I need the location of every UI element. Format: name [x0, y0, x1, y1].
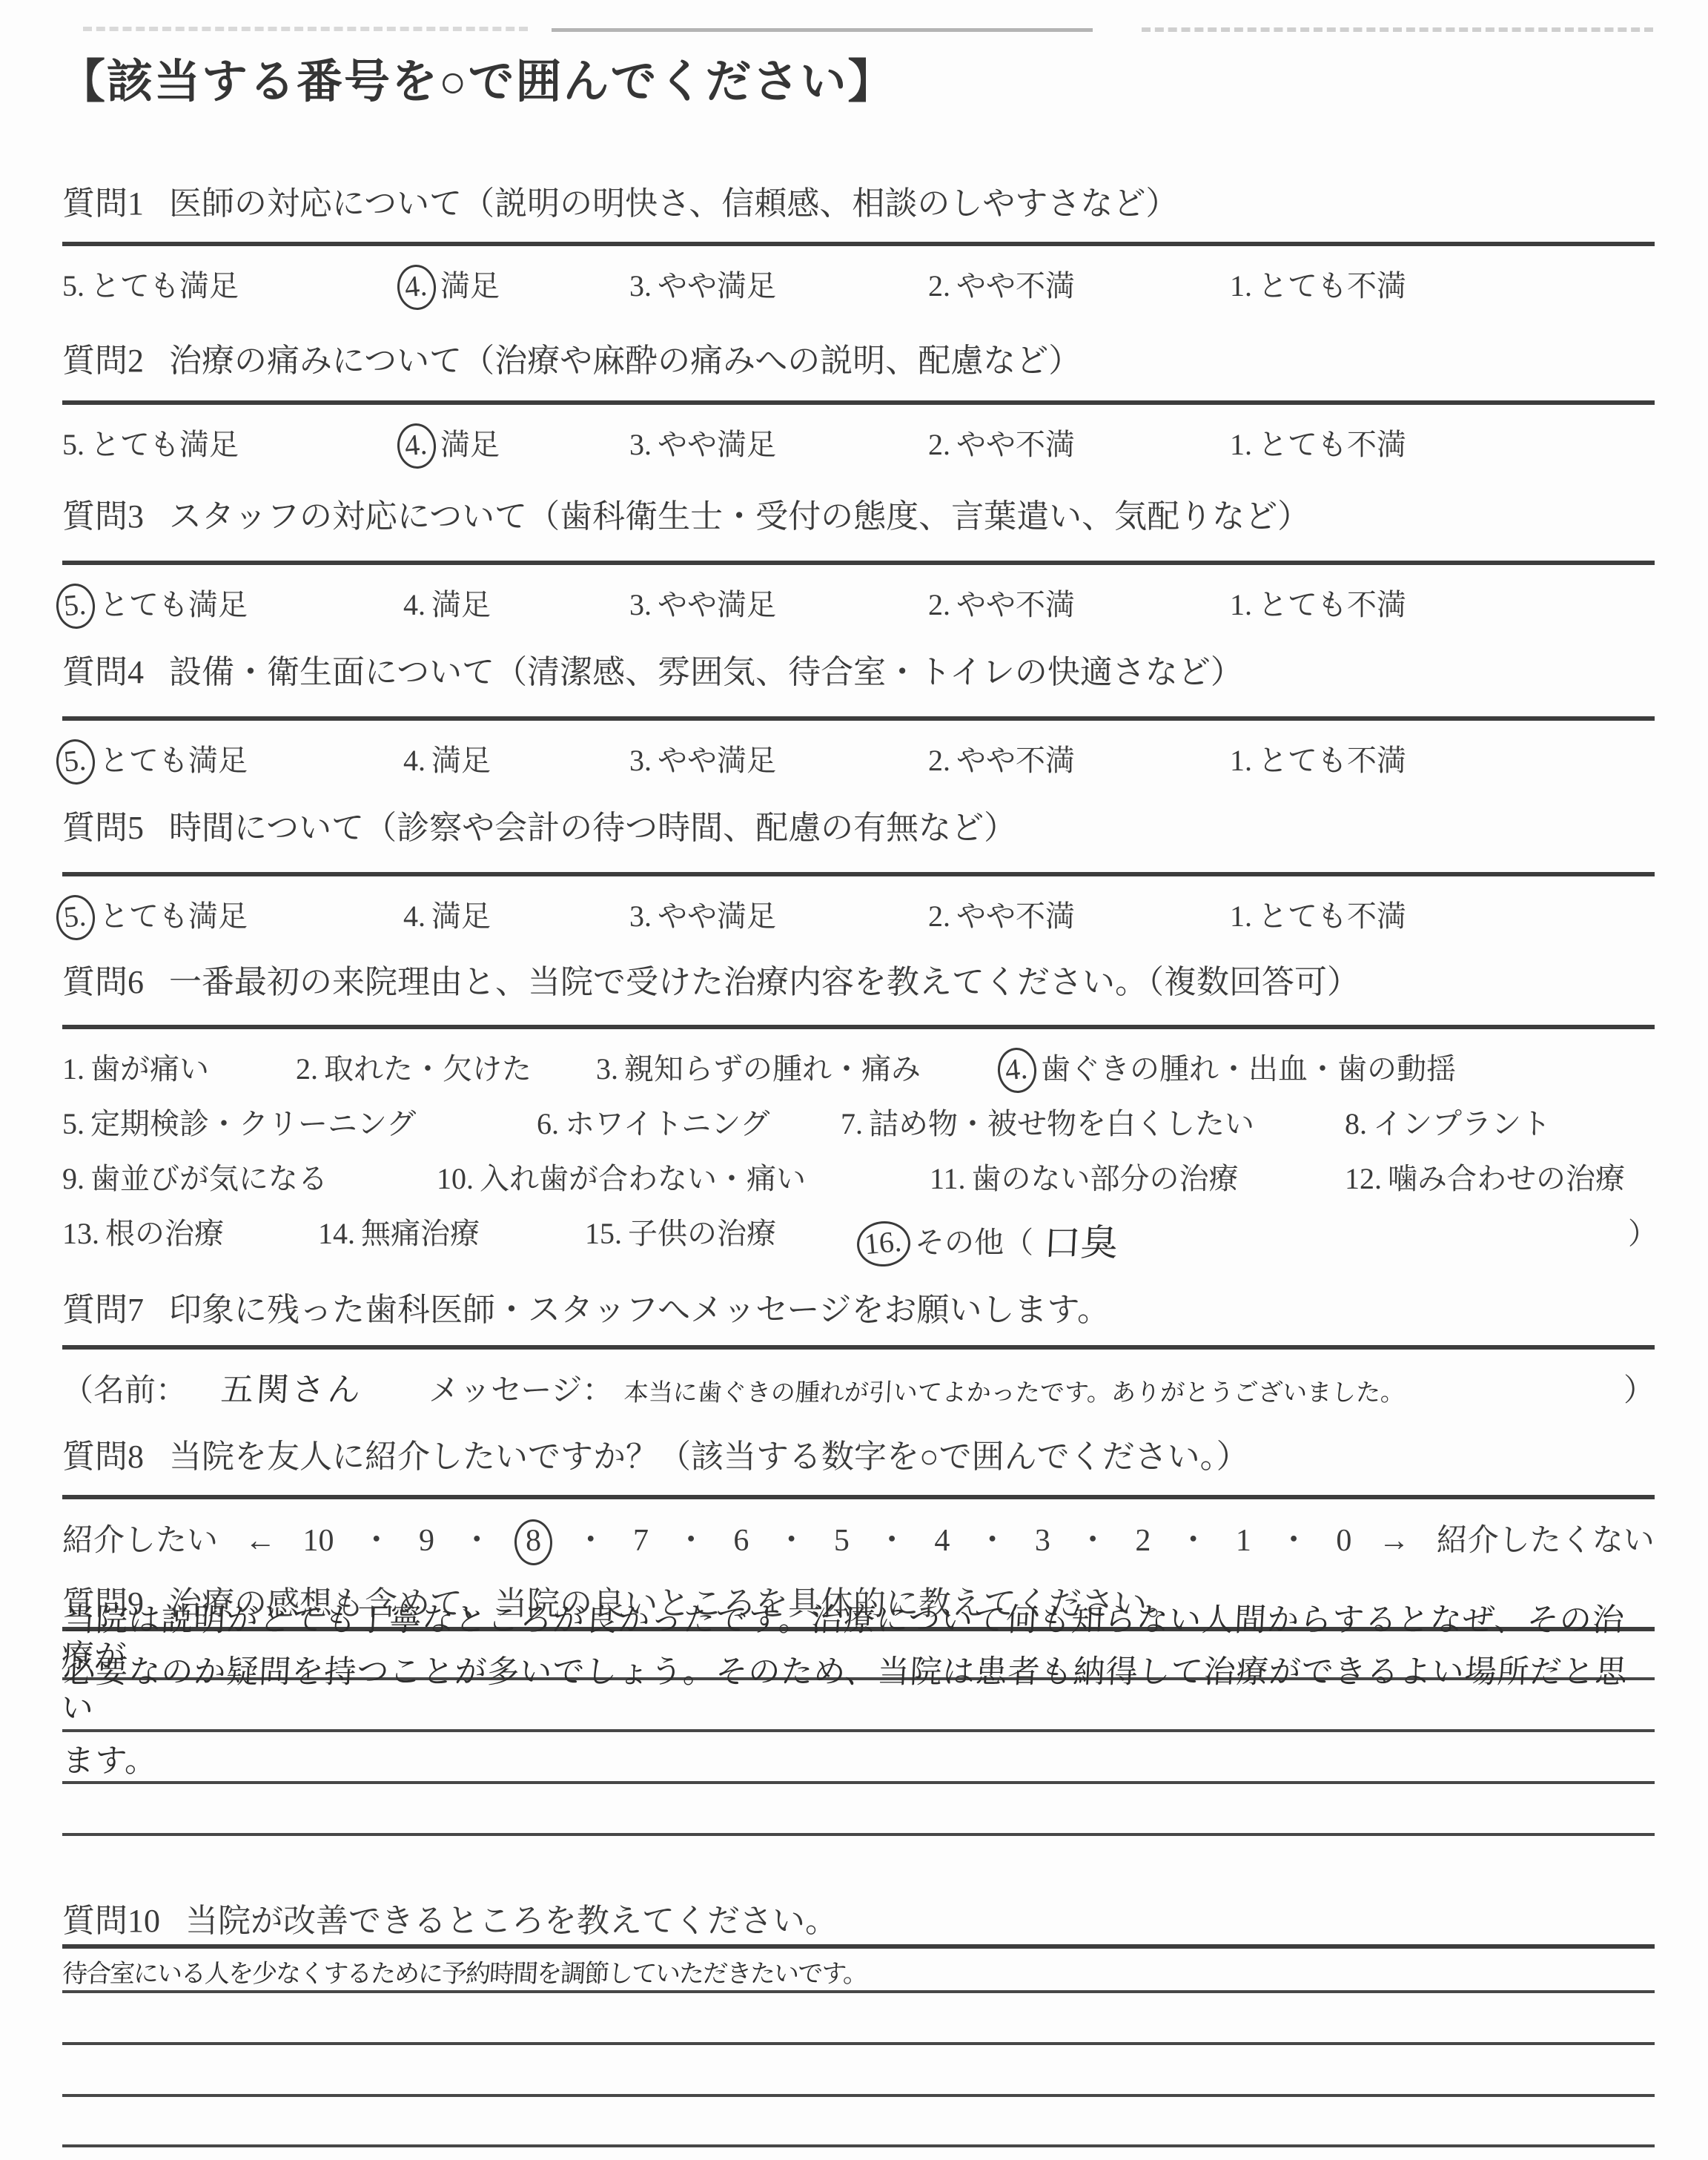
q7-message-label: メッセージ：	[428, 1366, 613, 1410]
handwritten-circle-mark: 5.	[54, 738, 96, 786]
option-label: その他（	[915, 1226, 1033, 1259]
q9-answer-line-3: ます。	[62, 1732, 1655, 1784]
option-number: 3.	[629, 269, 652, 303]
option-label: 取れた・欠けた	[324, 1052, 532, 1086]
option-number: 1.	[1230, 744, 1252, 777]
q3-option-5: 5.とても満足	[62, 581, 248, 626]
question-4-title: 設備・衛生面について（清潔感、雰囲気、待合室・トイレの快適さなど）	[169, 654, 1243, 690]
heading-rule	[62, 561, 1655, 565]
option-label: とても不満	[1258, 899, 1406, 933]
q6-option-8: 8.インプラント	[1345, 1100, 1551, 1143]
option-label: 無痛治療	[361, 1217, 480, 1250]
q6-option-6: 6.ホワイトニング	[537, 1100, 769, 1143]
q6-option-16: 16.その他（口臭	[863, 1210, 1118, 1264]
option-label: ホワイトニング	[565, 1107, 769, 1140]
handwritten-circle-mark: 5.	[54, 894, 96, 942]
scale-left-label: 紹介したい	[62, 1516, 218, 1560]
question-4-label: 質問4	[62, 654, 144, 690]
option-label: やや満足	[658, 269, 776, 303]
option-number: 4.	[403, 899, 426, 933]
option-label: 満足	[431, 899, 491, 933]
option-label: 定期検診・クリーニング	[90, 1107, 416, 1140]
option-number: 2.	[928, 588, 950, 621]
separator-dot: ・	[776, 1516, 807, 1560]
scale-number-9: 9	[419, 1523, 434, 1559]
q4-option-4: 4.満足	[403, 737, 491, 779]
handwritten-circle-mark: 5.	[54, 582, 96, 630]
option-label: とても満足	[99, 899, 248, 933]
option-number: 1.	[1230, 588, 1252, 621]
question-7-answer-row: （名前：五関さんメッセージ：本当に歯ぐきの腫れが引いてよかったです。ありがとうご…	[62, 1363, 1655, 1410]
q10-answer-line-3	[62, 2045, 1655, 2097]
question-8-scale: 紹介したい←10・9・8・7・6・5・4・3・2・1・0→紹介したくない	[62, 1516, 1655, 1562]
option-number: 8.	[1345, 1107, 1367, 1140]
option-label: とても不満	[1258, 428, 1406, 461]
heading-rule	[62, 1495, 1655, 1499]
option-number: 3.	[629, 744, 652, 777]
handwritten-circle-mark: 4.	[996, 1046, 1038, 1094]
option-label: 詰め物・被せ物を白くしたい	[869, 1107, 1254, 1140]
separator-dot: ・	[575, 1516, 606, 1560]
option-number: 2.	[928, 899, 950, 933]
q4-option-2: 2.やや不満	[928, 737, 1075, 779]
q10-answer-line-4	[62, 2097, 1655, 2147]
q3-option-1: 1.とても不満	[1230, 581, 1406, 624]
option-label: 満足	[440, 269, 500, 303]
q1-option-4: 4.満足	[403, 262, 500, 307]
question-8-label: 質問8	[62, 1439, 144, 1475]
separator-dot: ・	[977, 1516, 1008, 1560]
handwritten-answer: ます。	[62, 1743, 159, 1781]
question-4-heading: 質問4設備・衛生面について（清潔感、雰囲気、待合室・トイレの快適さなど）	[62, 645, 1243, 693]
option-number: 3.	[629, 428, 652, 461]
question-6-options-row-4: 13.根の治療14.無痛治療15.子供の治療16.その他（口臭	[62, 1210, 1655, 1274]
heading-rule	[62, 872, 1655, 876]
option-label: 歯並びが気になる	[90, 1162, 328, 1195]
option-label: 満足	[440, 428, 500, 461]
option-number: 12.	[1345, 1162, 1382, 1195]
option-label: 入れ歯が合わない・痛い	[480, 1162, 806, 1195]
q6-option-3: 3.親知らずの腫れ・痛み	[596, 1046, 921, 1088]
scale-number-7: 7	[633, 1523, 649, 1559]
option-label: 子供の治療	[628, 1217, 776, 1250]
handwritten-circle-mark-scale-8: 8	[514, 1519, 553, 1566]
scale-number-3: 3	[1035, 1523, 1050, 1559]
option-label: 満足	[431, 588, 491, 621]
q7-name-label: 名前：	[93, 1366, 187, 1410]
scale-right-label: 紹介したくない	[1437, 1516, 1655, 1560]
left-arrow: ←	[245, 1523, 276, 1559]
q1-option-5: 5.とても満足	[62, 262, 239, 305]
separator-dot: ・	[1178, 1516, 1209, 1560]
q6-close-paren: ）	[1628, 1210, 1658, 1252]
question-8-title: 当院を友人に紹介したいですか？（該当する数字を○で囲んでください。）	[169, 1439, 1249, 1475]
handwritten-circle-mark: 16.	[855, 1219, 912, 1269]
handwritten-circle-mark: 4.	[395, 422, 437, 470]
separator-dot: ・	[876, 1516, 907, 1560]
q6-option-14: 14.無痛治療	[318, 1210, 480, 1252]
option-label: とても不満	[1258, 588, 1406, 621]
option-label: とても満足	[90, 269, 239, 303]
question-3-options: 5.とても満足4.満足3.やや満足2.やや不満1.とても不満	[62, 581, 1655, 645]
option-label: 噛み合わせの治療	[1388, 1162, 1625, 1195]
option-label: やや満足	[658, 588, 776, 621]
q2-option-4: 4.満足	[403, 421, 500, 466]
separator-dot: ・	[461, 1516, 492, 1560]
question-10-heading: 質問10当院が改善できるところを教えてください。	[62, 1894, 838, 1941]
handwritten-answer: 待合室にいる人を少なくするために予約時間を調節していただきたいです。	[62, 1960, 867, 1990]
question-10-label: 質問10	[62, 1903, 160, 1939]
option-number: 5.	[62, 1107, 85, 1140]
option-label: やや満足	[658, 428, 776, 461]
question-1-heading: 質問1医師の対応について（説明の明快さ、信頼感、相談のしやすさなど）	[62, 176, 1178, 224]
heading-rule	[62, 400, 1655, 405]
q7-name-handwritten: 五関さん	[219, 1363, 364, 1410]
q1-option-3: 3.やや満足	[629, 262, 776, 305]
question-5-options: 5.とても満足4.満足3.やや満足2.やや不満1.とても不満	[62, 893, 1655, 957]
q2-option-1: 1.とても不満	[1230, 421, 1406, 463]
heading-rule	[62, 242, 1655, 246]
question-6-heading: 質問6一番最初の来院理由と、当院で受けた治療内容を教えてください。（複数回答可）	[62, 955, 1360, 1003]
question-2-heading: 質問2治療の痛みについて（治療や麻酔の痛みへの説明、配慮など）	[62, 334, 1081, 381]
option-label: 歯が痛い	[90, 1052, 209, 1086]
option-number: 5.	[62, 428, 85, 461]
option-number: 4.	[403, 744, 426, 777]
option-number: 3.	[629, 899, 652, 933]
option-label: とても不満	[1258, 269, 1406, 303]
q2-option-5: 5.とても満足	[62, 421, 239, 463]
q6-option-9: 9.歯並びが気になる	[62, 1155, 328, 1198]
question-3-heading: 質問3スタッフの対応について（歯科衛生士・受付の態度、言葉遣い、気配りなど）	[62, 489, 1310, 537]
q9-answer-line-4	[62, 1784, 1655, 1836]
option-number: 1.	[1230, 269, 1252, 303]
question-6-label: 質問6	[62, 964, 144, 1000]
option-label: インプラント	[1373, 1107, 1551, 1140]
handwritten-answer: 口臭	[1042, 1213, 1119, 1266]
q6-option-13: 13.根の治療	[62, 1210, 224, 1252]
option-label: やや不満	[956, 744, 1075, 777]
option-number: 1.	[1230, 899, 1252, 933]
question-3-label: 質問3	[62, 498, 144, 535]
option-label: やや不満	[956, 269, 1075, 303]
option-number: 2.	[296, 1052, 318, 1086]
scan-artifact-line	[1142, 27, 1653, 32]
option-label: やや不満	[956, 428, 1075, 461]
q3-option-3: 3.やや満足	[629, 581, 776, 624]
q5-option-2: 2.やや不満	[928, 893, 1075, 935]
q6-option-2: 2.取れた・欠けた	[296, 1046, 532, 1088]
option-number: 7.	[841, 1107, 863, 1140]
option-number: 14.	[318, 1217, 355, 1250]
q7-open-paren: （	[62, 1366, 93, 1410]
q5-option-3: 3.やや満足	[629, 893, 776, 935]
option-label: 満足	[431, 744, 491, 777]
handwritten-circle-mark: 4.	[395, 263, 437, 311]
q7-message-handwritten: 本当に歯ぐきの腫れが引いてよかったです。ありがとうございました。	[623, 1373, 1406, 1408]
q5-option-1: 1.とても不満	[1230, 893, 1406, 935]
q3-option-4: 4.満足	[403, 581, 491, 624]
question-8-heading: 質問8当院を友人に紹介したいですか？（該当する数字を○で囲んでください。）	[62, 1430, 1249, 1477]
separator-dot: ・	[361, 1516, 392, 1560]
question-7-title: 印象に残った歯科医師・スタッフへメッセージをお願いします。	[169, 1292, 1110, 1328]
q1-option-2: 2.やや不満	[928, 262, 1075, 305]
option-label: 根の治療	[105, 1217, 224, 1250]
q6-option-1: 1.歯が痛い	[62, 1046, 209, 1088]
separator-dot: ・	[675, 1516, 706, 1560]
question-5-label: 質問5	[62, 810, 144, 846]
scale-number-5: 5	[834, 1523, 850, 1559]
separator-dot: ・	[1278, 1516, 1309, 1560]
option-number: 2.	[928, 269, 950, 303]
question-4-options: 5.とても満足4.満足3.やや満足2.やや不満1.とても不満	[62, 737, 1655, 801]
scale-number-0: 0	[1336, 1523, 1351, 1559]
option-label: とても満足	[99, 744, 248, 777]
scan-artifact-line	[552, 28, 1093, 32]
option-label: 歯ぐきの腫れ・出血・歯の動揺	[1041, 1052, 1456, 1086]
q6-option-11: 11.歯のない部分の治療	[930, 1155, 1239, 1198]
q10-answer-line-1: 待合室にいる人を少なくするために予約時間を調節していただきたいです。	[62, 1949, 1655, 1993]
scan-artifact-line	[83, 27, 528, 31]
option-number: 11.	[930, 1162, 966, 1195]
question-1-label: 質問1	[62, 185, 144, 222]
option-label: やや満足	[658, 899, 776, 933]
option-number: 15.	[585, 1217, 622, 1250]
option-number: 6.	[537, 1107, 559, 1140]
option-number: 10.	[437, 1162, 474, 1195]
question-2-title: 治療の痛みについて（治療や麻酔の痛みへの説明、配慮など）	[169, 343, 1081, 379]
q6-option-4: 4.歯ぐきの腫れ・出血・歯の動揺	[1004, 1046, 1456, 1090]
question-6-title: 一番最初の来院理由と、当院で受けた治療内容を教えてください。（複数回答可）	[169, 964, 1360, 1000]
scale-number-10: 10	[302, 1523, 334, 1559]
option-number: 3.	[596, 1052, 618, 1086]
q6-option-12: 12.噛み合わせの治療	[1345, 1155, 1625, 1198]
option-number: 2.	[928, 428, 950, 461]
question-7-heading: 質問7印象に残った歯科医師・スタッフへメッセージをお願いします。	[62, 1283, 1110, 1330]
option-label: 歯のない部分の治療	[972, 1162, 1239, 1195]
page-title: 【該当する番号を○で囲んでください】	[59, 44, 895, 110]
question-7-label: 質問7	[62, 1292, 144, 1328]
option-label: とても不満	[1258, 744, 1406, 777]
scale-number-4: 4	[934, 1523, 950, 1559]
q4-option-5: 5.とても満足	[62, 737, 248, 782]
question-3-title: スタッフの対応について（歯科衛生士・受付の態度、言葉遣い、気配りなど）	[169, 498, 1310, 535]
option-label: やや満足	[658, 744, 776, 777]
option-label: とても満足	[99, 588, 248, 621]
question-1-title: 医師の対応について（説明の明快さ、信頼感、相談のしやすさなど）	[169, 185, 1178, 222]
scale-number-1: 1	[1236, 1523, 1251, 1559]
handwritten-answer: 必要なのか疑問を持つことが多いでしょう。そのため、当院は患者も納得して治療ができ…	[60, 1654, 1656, 1729]
heading-rule	[62, 1345, 1655, 1350]
q5-option-5: 5.とても満足	[62, 893, 248, 937]
q6-option-5: 5.定期検診・クリーニング	[62, 1100, 416, 1143]
q2-option-3: 3.やや満足	[629, 421, 776, 463]
q9-answer-line-2: 必要なのか疑問を持つことが多いでしょう。そのため、当院は患者も納得して治療ができ…	[62, 1680, 1655, 1732]
question-5-heading: 質問5時間について（診察や会計の待つ時間、配慮の有無など）	[62, 801, 1016, 848]
question-2-options: 5.とても満足4.満足3.やや満足2.やや不満1.とても不満	[62, 421, 1655, 485]
q6-option-10: 10.入れ歯が合わない・痛い	[437, 1155, 806, 1198]
option-label: 親知らずの腫れ・痛み	[624, 1052, 921, 1086]
question-1-options: 5.とても満足4.満足3.やや満足2.やや不満1.とても不満	[62, 262, 1655, 326]
option-label: とても満足	[90, 428, 239, 461]
q4-option-1: 1.とても不満	[1230, 737, 1406, 779]
heading-rule	[62, 716, 1655, 721]
separator-dot: ・	[1077, 1516, 1108, 1560]
scale-number-2: 2	[1135, 1523, 1151, 1559]
option-number: 9.	[62, 1162, 85, 1195]
q6-option-15: 15.子供の治療	[585, 1210, 776, 1252]
option-number: 1.	[1230, 428, 1252, 461]
question-10-title: 当院が改善できるところを教えてください。	[185, 1903, 838, 1939]
q10-answer-line-2	[62, 1993, 1655, 2045]
heading-rule	[62, 1025, 1655, 1029]
survey-scan-page: 【該当する番号を○で囲んでください】 質問1医師の対応について（説明の明快さ、信…	[0, 0, 1708, 2160]
option-number: 2.	[928, 744, 950, 777]
q2-option-2: 2.やや不満	[928, 421, 1075, 463]
option-number: 3.	[629, 588, 652, 621]
option-number: 1.	[62, 1052, 85, 1086]
q6-option-7: 7.詰め物・被せ物を白くしたい	[841, 1100, 1254, 1143]
option-label: やや不満	[956, 588, 1075, 621]
option-number: 5.	[62, 269, 85, 303]
scale-number-6: 6	[733, 1523, 749, 1559]
q1-option-1: 1.とても不満	[1230, 262, 1406, 305]
q3-option-2: 2.やや不満	[928, 581, 1075, 624]
question-2-label: 質問2	[62, 343, 144, 379]
q5-option-4: 4.満足	[403, 893, 491, 935]
option-label: やや不満	[956, 899, 1075, 933]
option-number: 4.	[403, 588, 426, 621]
option-number: 13.	[62, 1217, 99, 1250]
question-5-title: 時間について（診察や会計の待つ時間、配慮の有無など）	[169, 810, 1016, 846]
right-arrow: →	[1379, 1523, 1410, 1559]
q7-close-paren: ）	[1623, 1366, 1655, 1410]
q4-option-3: 3.やや満足	[629, 737, 776, 779]
